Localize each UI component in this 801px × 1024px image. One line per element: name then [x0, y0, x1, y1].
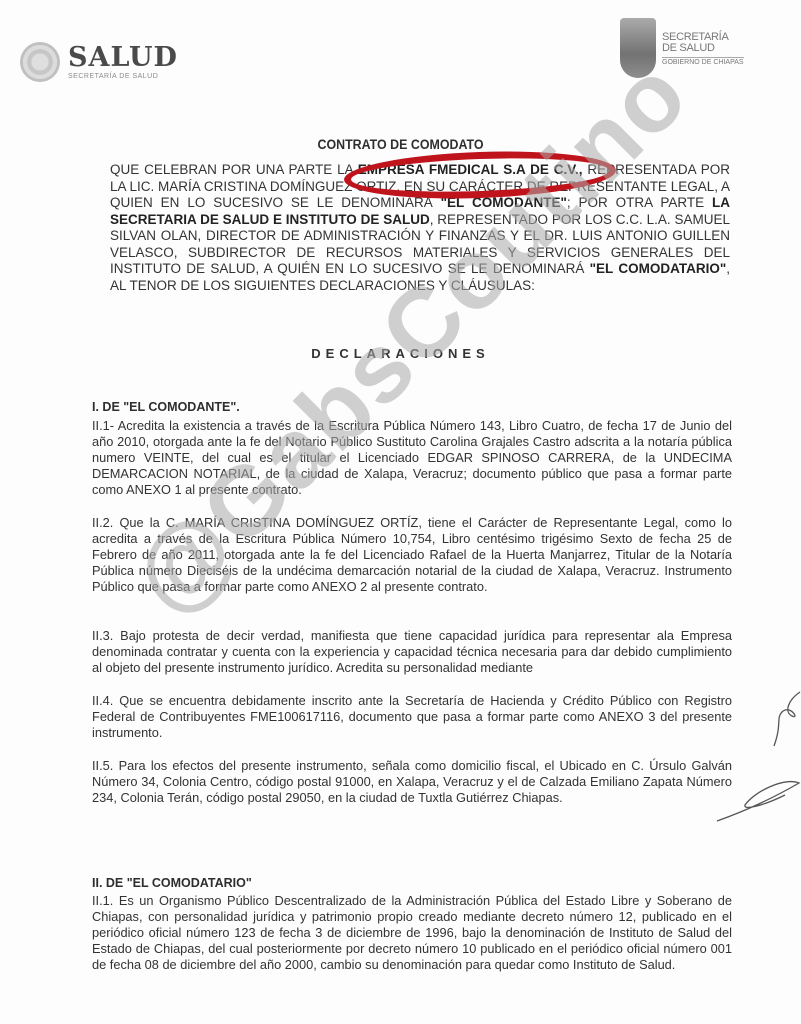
document-title: CONTRATO DE COMODATO [32, 137, 769, 152]
section-heading-comodante: I. DE "EL COMODANTE". [92, 400, 240, 414]
declaration-paragraph: II.1. Es un Organismo Público Descentral… [92, 893, 732, 973]
right-logo-line2: DE SALUD [662, 43, 744, 54]
coat-of-arms-icon [620, 18, 656, 78]
salud-logo-title: SALUD [68, 45, 178, 71]
intro-text: ; POR OTRA PARTE [567, 195, 712, 210]
salud-logo-subtitle: SECRETARÍA DE SALUD [68, 73, 178, 80]
declarations-title: DECLARACIONES [0, 346, 801, 361]
comodatario-term: "EL COMODATARIO" [590, 261, 727, 276]
signature-mark [770, 690, 801, 750]
salud-logo: SALUD SECRETARÍA DE SALUD [20, 42, 178, 82]
signature-mark [715, 775, 801, 825]
declaration-paragraph: II.2. Que la C. MARÍA CRISTINA DOMÍNGUEZ… [92, 515, 732, 595]
declaration-paragraph: II.4. Que se encuentra debidamente inscr… [92, 693, 732, 741]
intro-text: QUE CELEBRAN POR UNA PARTE LA [110, 162, 358, 177]
secretaria-salud-logo: SECRETARÍA DE SALUD GOBIERNO DE CHIAPAS [620, 18, 744, 78]
seal-icon [20, 42, 60, 82]
section-heading-comodatario: II. DE "EL COMODATARIO" [92, 876, 252, 890]
right-logo-line3: GOBIERNO DE CHIAPAS [662, 57, 744, 66]
declaration-paragraph: II.5. Para los efectos del presente inst… [92, 758, 732, 806]
declaration-paragraph: II.1- Acredita la existencia a través de… [92, 418, 732, 498]
document-page: SALUD SECRETARÍA DE SALUD SECRETARÍA DE … [0, 0, 801, 1024]
declaration-paragraph: II.3. Bajo protesta de decir verdad, man… [92, 628, 732, 676]
